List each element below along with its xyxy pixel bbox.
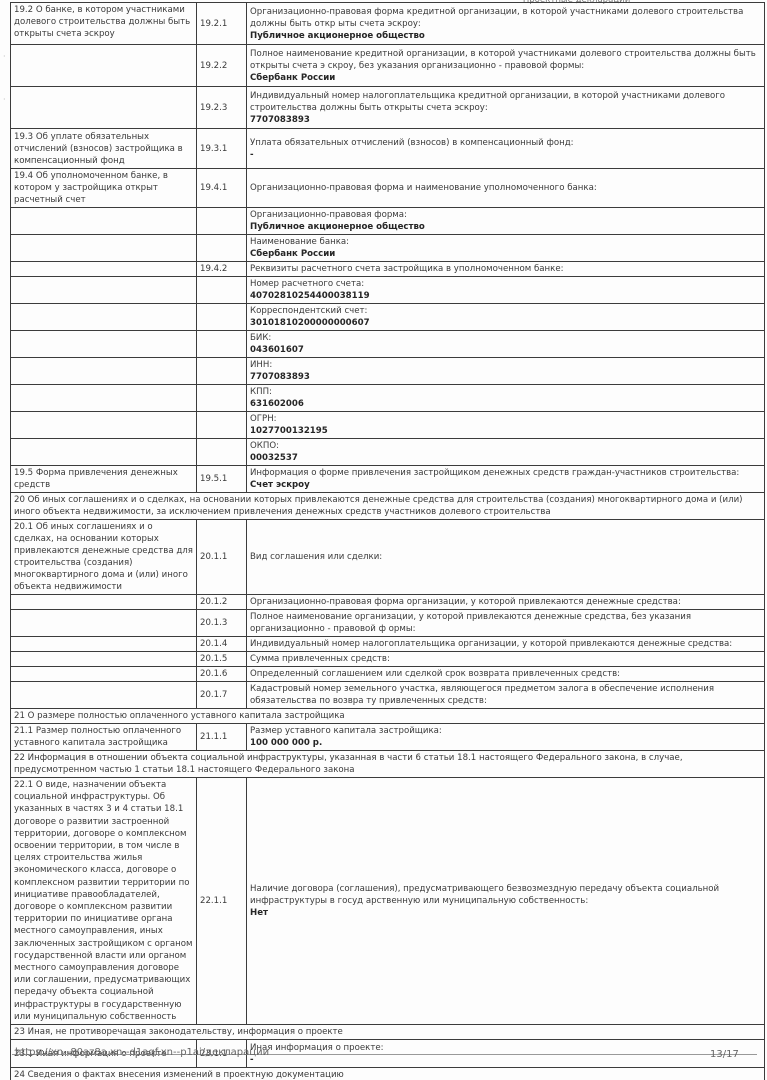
table-row: БИК:043601607 bbox=[11, 331, 765, 358]
row-code: 20.1.1 bbox=[197, 520, 247, 595]
row-field: Наличие договора (соглашения), предусмат… bbox=[247, 778, 765, 1025]
empty-cell bbox=[197, 385, 247, 412]
table-row: 24 Сведения о фактах внесения изменений … bbox=[11, 1068, 765, 1080]
field-label: ОКПО: bbox=[250, 440, 761, 452]
empty-cell bbox=[11, 208, 197, 235]
field-value: 7707083893 bbox=[250, 371, 761, 383]
row-code: 19.4.1 bbox=[197, 169, 247, 208]
section-heading: 22 Информация в отношении объекта социал… bbox=[11, 751, 765, 778]
field-label: Уплата обязательных отчислений (взносов)… bbox=[250, 137, 761, 149]
empty-cell bbox=[11, 277, 197, 304]
row-field: Индивидуальный номер налогоплательщика о… bbox=[247, 637, 765, 652]
field-label: Определенный соглашением или сделкой сро… bbox=[250, 668, 761, 680]
empty-cell bbox=[197, 331, 247, 358]
field-label: БИК: bbox=[250, 332, 761, 344]
section-title: 21.1 Размер полностью оплаченного уставн… bbox=[11, 724, 197, 751]
row-code: 22.1.1 bbox=[197, 778, 247, 1025]
empty-cell bbox=[11, 235, 197, 262]
field-label: Наличие договора (соглашения), предусмат… bbox=[250, 883, 761, 907]
empty-cell bbox=[11, 637, 197, 652]
field-label: Организационно-правовая форма и наименов… bbox=[250, 182, 761, 194]
row-code: 19.3.1 bbox=[197, 129, 247, 169]
row-field: Размер уставного капитала застройщика:10… bbox=[247, 724, 765, 751]
empty-cell bbox=[197, 304, 247, 331]
table-row: 19.2 О банке, в котором участниками доле… bbox=[11, 3, 765, 45]
empty-cell bbox=[11, 610, 197, 637]
row-code: 19.4.2 bbox=[197, 262, 247, 277]
row-field: Кадастровый номер земельного участка, яв… bbox=[247, 682, 765, 709]
row-code: 20.1.6 bbox=[197, 667, 247, 682]
row-code: 19.2.3 bbox=[197, 87, 247, 129]
row-code: 21.1.1 bbox=[197, 724, 247, 751]
section-title: 19.2 О банке, в котором участниками доле… bbox=[11, 3, 197, 45]
table-row: 19.3 Об уплате обязательных отчислений (… bbox=[11, 129, 765, 169]
row-code: 20.1.4 bbox=[197, 637, 247, 652]
empty-cell bbox=[11, 331, 197, 358]
section-title: 19.3 Об уплате обязательных отчислений (… bbox=[11, 129, 197, 169]
field-value: 043601607 bbox=[250, 344, 761, 356]
table-row: КПП:631602006 bbox=[11, 385, 765, 412]
row-field: Организационно-правовая форма кредитной … bbox=[247, 3, 765, 45]
table-row: 19.4 Об уполномоченном банке, в котором … bbox=[11, 169, 765, 208]
table-row: 20.1.2 Организационно-правовая форма орг… bbox=[11, 595, 765, 610]
field-label: Наименование банка: bbox=[250, 236, 761, 248]
row-field: Определенный соглашением или сделкой сро… bbox=[247, 667, 765, 682]
field-label: ОГРН: bbox=[250, 413, 761, 425]
field-value: 1027700132195 bbox=[250, 425, 761, 437]
table-row: 20.1.3 Полное наименование организации, … bbox=[11, 610, 765, 637]
field-value: Публичное акционерное общество bbox=[250, 30, 761, 42]
scan-artifact: · bbox=[3, 95, 6, 104]
field-label: Номер расчетного счета: bbox=[250, 278, 761, 290]
field-value: Сбербанк России bbox=[250, 72, 761, 84]
field-value: - bbox=[250, 1054, 761, 1066]
empty-cell bbox=[11, 412, 197, 439]
row-code: 19.2.2 bbox=[197, 45, 247, 87]
row-code: 20.1.2 bbox=[197, 595, 247, 610]
section-heading: 24 Сведения о фактах внесения изменений … bbox=[11, 1068, 765, 1080]
row-field: Вид соглашения или сделки: bbox=[247, 520, 765, 595]
row-field: Индивидуальный номер налогоплательщика к… bbox=[247, 87, 765, 129]
field-label: Размер уставного капитала застройщика: bbox=[250, 725, 761, 737]
row-field: Реквизиты расчетного счета застройщика в… bbox=[247, 262, 765, 277]
row-field: Организационно-правовая форма организаци… bbox=[247, 595, 765, 610]
empty-cell bbox=[11, 595, 197, 610]
table-row: Организационно-правовая форма:Публичное … bbox=[11, 208, 765, 235]
table-row: 22 Информация в отношении объекта социал… bbox=[11, 751, 765, 778]
scan-artifact: · bbox=[3, 52, 6, 61]
field-value: Публичное акционерное общество bbox=[250, 221, 761, 233]
field-value: 7707083893 bbox=[250, 114, 761, 126]
empty-cell bbox=[11, 45, 197, 87]
field-label: Сумма привлеченных средств: bbox=[250, 653, 761, 665]
table-row: 19.2.2 Полное наименование кредитной орг… bbox=[11, 45, 765, 87]
table-row: 20.1.5 Сумма привлеченных средств: bbox=[11, 652, 765, 667]
row-field: БИК:043601607 bbox=[247, 331, 765, 358]
row-field: ОКПО:00032537 bbox=[247, 439, 765, 466]
empty-cell bbox=[11, 682, 197, 709]
section-title: 19.5 Форма привлечения денежных средств bbox=[11, 466, 197, 493]
section-heading: 20 Об иных соглашениях и о сделках, на о… bbox=[11, 493, 765, 520]
table-row: 19.4.2 Реквизиты расчетного счета застро… bbox=[11, 262, 765, 277]
field-value: 631602006 bbox=[250, 398, 761, 410]
empty-cell bbox=[197, 412, 247, 439]
section-title: 19.4 Об уполномоченном банке, в котором … bbox=[11, 169, 197, 208]
empty-cell bbox=[197, 208, 247, 235]
row-field: Сумма привлеченных средств: bbox=[247, 652, 765, 667]
field-label: Полное наименование организации, у котор… bbox=[250, 611, 761, 635]
row-field: ИНН:7707083893 bbox=[247, 358, 765, 385]
table-row: 22.1 О виде, назначении объекта социальн… bbox=[11, 778, 765, 1025]
field-value: 30101810200000000607 bbox=[250, 317, 761, 329]
field-label: Организационно-правовая форма: bbox=[250, 209, 761, 221]
empty-cell bbox=[11, 652, 197, 667]
field-label: КПП: bbox=[250, 386, 761, 398]
field-value: 00032537 bbox=[250, 452, 761, 464]
row-field: Уплата обязательных отчислений (взносов)… bbox=[247, 129, 765, 169]
field-value: Счет эскроу bbox=[250, 479, 761, 491]
field-label: Вид соглашения или сделки: bbox=[250, 551, 761, 563]
table-row: 20.1.7 Кадастровый номер земельного учас… bbox=[11, 682, 765, 709]
row-field: ОГРН:1027700132195 bbox=[247, 412, 765, 439]
empty-cell bbox=[197, 277, 247, 304]
field-label: Кадастровый номер земельного участка, яв… bbox=[250, 683, 761, 707]
row-code: 20.1.5 bbox=[197, 652, 247, 667]
row-field: Полное наименование кредитной организаци… bbox=[247, 45, 765, 87]
field-value: 100 000 000 р. bbox=[250, 737, 761, 749]
declaration-table: 19.2 О банке, в котором участниками доле… bbox=[10, 2, 765, 1080]
row-code: 19.2.1 bbox=[197, 3, 247, 45]
field-value: Нет bbox=[250, 907, 761, 919]
row-code: 19.5.1 bbox=[197, 466, 247, 493]
field-label: Организационно-правовая форма кредитной … bbox=[250, 6, 761, 30]
footer-url-link[interactable]: https://xn--80az8a.xn--d1aqf.xn--p1ai/де… bbox=[15, 1047, 269, 1058]
table-row: 20.1.6 Определенный соглашением или сдел… bbox=[11, 667, 765, 682]
table-row: Наименование банка:Сбербанк России bbox=[11, 235, 765, 262]
field-value: 40702810254400038119 bbox=[250, 290, 761, 302]
row-code: 20.1.7 bbox=[197, 682, 247, 709]
table-row: 21 О размере полностью оплаченного устав… bbox=[11, 709, 765, 724]
row-field: Организационно-правовая форма:Публичное … bbox=[247, 208, 765, 235]
row-field: Информация о форме привлечения застройщи… bbox=[247, 466, 765, 493]
table-row: Корреспондентский счет:30101810200000000… bbox=[11, 304, 765, 331]
field-value: - bbox=[250, 149, 761, 161]
field-label: Полное наименование кредитной организаци… bbox=[250, 48, 761, 72]
empty-cell bbox=[11, 87, 197, 129]
empty-cell bbox=[11, 667, 197, 682]
empty-cell bbox=[11, 385, 197, 412]
field-label: Индивидуальный номер налогоплательщика к… bbox=[250, 90, 761, 114]
field-label: Корреспондентский счет: bbox=[250, 305, 761, 317]
section-title: 20.1 Об иных соглашениях и о сделках, на… bbox=[11, 520, 197, 595]
section-heading: 21 О размере полностью оплаченного устав… bbox=[11, 709, 765, 724]
row-code: 20.1.3 bbox=[197, 610, 247, 637]
table-row: Номер расчетного счета:40702810254400038… bbox=[11, 277, 765, 304]
field-label: ИНН: bbox=[250, 359, 761, 371]
table-row: ОКПО:00032537 bbox=[11, 439, 765, 466]
table-row: 23 Иная, не противоречащая законодательс… bbox=[11, 1025, 765, 1040]
row-field: Номер расчетного счета:40702810254400038… bbox=[247, 277, 765, 304]
empty-cell bbox=[11, 358, 197, 385]
row-field: Наименование банка:Сбербанк России bbox=[247, 235, 765, 262]
field-label: Реквизиты расчетного счета застройщика в… bbox=[250, 263, 761, 275]
table-row: 19.5 Форма привлечения денежных средств … bbox=[11, 466, 765, 493]
field-label: Организационно-правовая форма организаци… bbox=[250, 596, 761, 608]
field-label: Индивидуальный номер налогоплательщика о… bbox=[250, 638, 761, 650]
table-row: ОГРН:1027700132195 bbox=[11, 412, 765, 439]
table-row: 20.1.4 Индивидуальный номер налогоплател… bbox=[11, 637, 765, 652]
table-row: ИНН:7707083893 bbox=[11, 358, 765, 385]
empty-cell bbox=[197, 439, 247, 466]
table-row: 20.1 Об иных соглашениях и о сделках, на… bbox=[11, 520, 765, 595]
empty-cell bbox=[11, 304, 197, 331]
table-row: 19.2.3 Индивидуальный номер налогоплател… bbox=[11, 87, 765, 129]
table-row: 21.1 Размер полностью оплаченного уставн… bbox=[11, 724, 765, 751]
empty-cell bbox=[197, 235, 247, 262]
page-number: 13/17 bbox=[710, 1049, 739, 1060]
empty-cell bbox=[11, 262, 197, 277]
row-field: Организационно-правовая форма и наименов… bbox=[247, 169, 765, 208]
field-value: Сбербанк России bbox=[250, 248, 761, 260]
row-field: КПП:631602006 bbox=[247, 385, 765, 412]
section-heading: 23 Иная, не противоречащая законодательс… bbox=[11, 1025, 765, 1040]
row-field: Полное наименование организации, у котор… bbox=[247, 610, 765, 637]
table-row: 20 Об иных соглашениях и о сделках, на о… bbox=[11, 493, 765, 520]
empty-cell bbox=[11, 439, 197, 466]
field-label: Иная информация о проекте: bbox=[250, 1042, 761, 1054]
row-field: Корреспондентский счет:30101810200000000… bbox=[247, 304, 765, 331]
field-label: Информация о форме привлечения застройщи… bbox=[250, 467, 761, 479]
empty-cell bbox=[197, 358, 247, 385]
section-title: 22.1 О виде, назначении объекта социальн… bbox=[11, 778, 197, 1025]
